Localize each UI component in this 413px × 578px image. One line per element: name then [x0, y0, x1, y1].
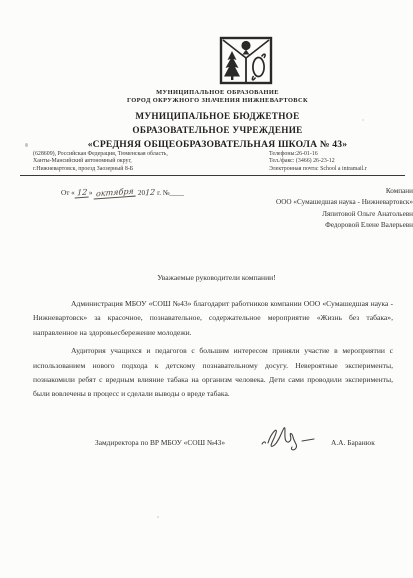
number-blank: г. №____ — [155, 189, 184, 197]
address-line: г.Нижневартовск, проезд Заозерный 8-Б — [33, 166, 233, 173]
date-prefix: От « — [61, 189, 75, 197]
date-quote-close: » — [89, 189, 93, 197]
addressee-line: ООО «Сумашедшая наука - Нижневартовск» — [213, 197, 413, 208]
addressee-line: Ляпитовой Ольге Анатольевн — [213, 209, 413, 220]
municipality-line-1: МУНИЦИПАЛЬНОЕ ОБРАЗОВАНИЕ — [28, 89, 407, 97]
institution-line-1: МУНИЦИПАЛЬНОЕ БЮДЖЕТНОЕ — [28, 109, 407, 123]
body-paragraph-1: Администрация МБОУ «СОШ №43» благодарит … — [33, 297, 393, 340]
letterhead-divider — [20, 175, 405, 176]
city-emblem-icon — [219, 36, 273, 86]
municipality-line-2: ГОРОД ОКРУЖНОГО ЗНАЧЕНИЯ НИЖНЕВАРТОВСК — [28, 97, 407, 105]
outgoing-date-line: От «12» октября 2012 г. №____ — [61, 188, 184, 198]
contact-line: Электронная почта: School a intramail.r — [269, 166, 401, 173]
contact-line: Тел./факс: (3466) 26-23-12 — [269, 158, 401, 165]
addressee-block: Компани ООО «Сумашедшая наука - Нижневар… — [213, 186, 413, 232]
scan-speck — [157, 516, 159, 518]
scanned-letter-page: МУНИЦИПАЛЬНОЕ ОБРАЗОВАНИЕ ГОРОД ОКРУЖНОГ… — [0, 0, 413, 578]
handwritten-month: октября — [94, 187, 136, 200]
handwritten-day: 12 — [74, 187, 89, 198]
handwritten-signature — [256, 421, 322, 455]
handwritten-year: 12 — [145, 188, 156, 198]
institution-line-2: ОБРАЗОВАТЕЛЬНОЕ УЧРЕЖДЕНИЕ — [28, 123, 407, 137]
contact-info: Телефоны:26-01-16 Тел./факс: (3466) 26-2… — [269, 151, 401, 173]
city-emblem — [219, 36, 273, 86]
postal-address: (628609), Российская Федерация, Тюменска… — [33, 151, 233, 173]
body-paragraph-2: Аудитория учащихся и педагогов с большим… — [33, 344, 393, 402]
letterhead: МУНИЦИПАЛЬНОЕ ОБРАЗОВАНИЕ ГОРОД ОКРУЖНОГ… — [28, 89, 407, 152]
addressee-line: Компани — [213, 186, 413, 197]
signer-title: Замдиректора по ВР МБОУ «СОШ №43» — [95, 438, 225, 447]
letter-body: Администрация МБОУ «СОШ №43» благодарит … — [33, 297, 393, 402]
scan-speck — [25, 143, 28, 147]
signer-name: А.А. Баранюк — [331, 438, 375, 447]
scan-speck — [362, 119, 364, 121]
letterhead-info: (628609), Российская Федерация, Тюменска… — [33, 151, 401, 173]
addressee-line: Федоровой Елене Валерьевн — [213, 220, 413, 231]
address-line: Ханты-Мансийский автономный округ, — [33, 158, 233, 165]
signature-icon — [256, 421, 322, 455]
salutation: Уважаемые руководители компании! — [28, 273, 405, 282]
